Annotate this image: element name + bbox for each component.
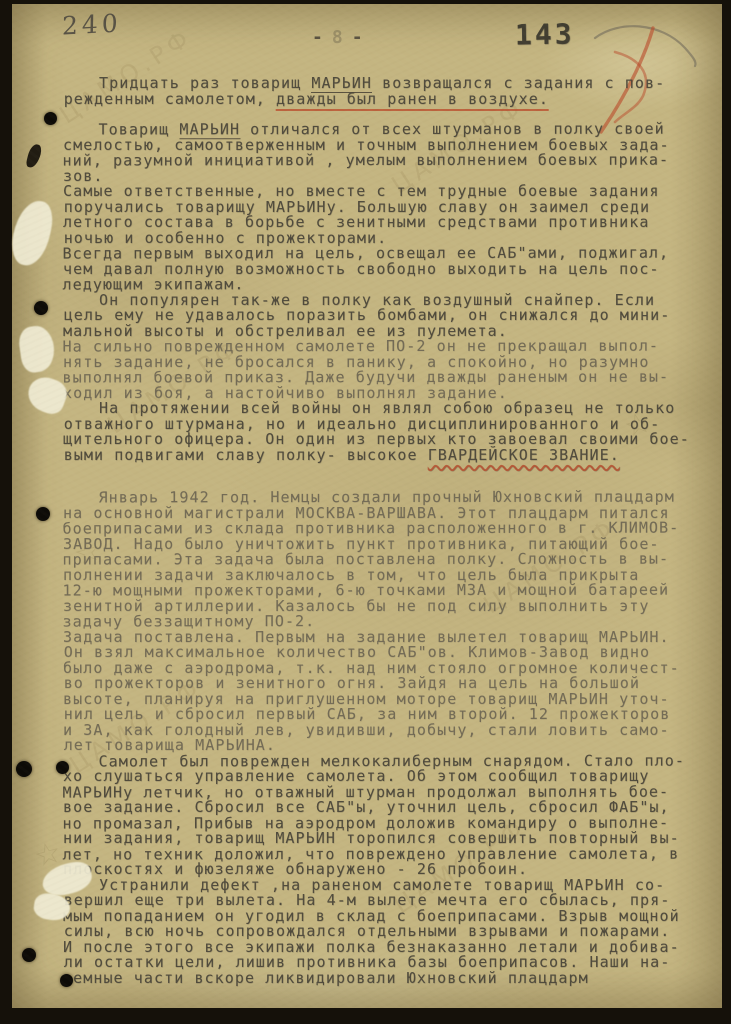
text-line: земные части вскоре ликвидировали Юхновс…	[63, 971, 715, 987]
text-line: лет, но техник доложил, что повреждено у…	[62, 846, 714, 862]
paragraph: На сильно поврежденном самолете ПО-2 он …	[63, 339, 715, 401]
text-line: На сильно поврежденном самолете ПО-2 он …	[62, 339, 714, 355]
paragraph: На протяжении всей войны он являл собою …	[63, 401, 715, 463]
text-line: ледующим экипажам.	[62, 277, 714, 293]
paper-sheet: ЦАМО.РФ ЦАМО.РФ ЦАМО.РФ ЦАМО.РФ ЦАМО.РФ …	[12, 4, 722, 1008]
punch-hole	[34, 301, 48, 315]
paragraph: Тридцать раз товарищ МАРЬИН возвращался …	[63, 76, 715, 107]
text-line: МАРЬИНу летчик, но отважный штурман прод…	[62, 784, 714, 800]
paragraph: Задача поставлена. Первым на задание выл…	[63, 630, 715, 754]
punch-hole	[16, 761, 32, 777]
paragraph: Самолет был поврежден мелкокалиберным сн…	[63, 754, 715, 878]
text-line: но промазал, Прибыв на аэродром доложив …	[62, 815, 714, 831]
punch-hole	[44, 112, 57, 125]
paragraph: Он популярен так-же в полку как воздушны…	[63, 293, 715, 340]
handwritten-page-number: 240	[62, 8, 122, 40]
ink-blot	[25, 143, 42, 169]
text-line: Январь 1942 год. Немцы создали прочный Ю…	[62, 490, 714, 506]
paper-tear-patch	[17, 324, 57, 374]
text-line: нил цель и сбросил первый САБ, за ним вт…	[64, 707, 716, 723]
paragraph: Самые ответственные, но вместе с тем тру…	[63, 184, 715, 246]
text-line: Он взял максимальное количество САБ"ов. …	[64, 645, 716, 661]
text-line: силы, всю ночь сопровождался отдельными …	[64, 924, 716, 940]
paragraph: Устранили дефект ,на раненом самолете то…	[63, 878, 715, 987]
text-line: Товарищ МАРЬИН отличался от всех штурман…	[62, 122, 714, 138]
text-line: цель ему не удавалось поразить бомбами, …	[64, 308, 716, 324]
paragraph: Всегда первым выходил на цель, освещал е…	[63, 246, 715, 293]
text-line: припасами. Эта задача была поставлена по…	[62, 552, 714, 568]
paragraph: Товарищ МАРЬИН отличался от всех штурман…	[63, 122, 715, 184]
text-line: боеприпасами из склада противника распол…	[62, 521, 714, 537]
text-line: задачу беззащитному ПО-2.	[62, 614, 714, 630]
text-line: выполнял боевой приказ. Даже будучи дваж…	[62, 370, 714, 386]
punch-hole	[22, 948, 36, 962]
document-body: Тридцать раз товарищ МАРЬИН возвращался …	[63, 76, 715, 986]
paragraph: Январь 1942 год. Немцы создали прочный Ю…	[63, 490, 715, 630]
text-line: ний, разумной инициативой , умелым выпол…	[62, 153, 714, 169]
paper-tear-patch	[8, 197, 57, 269]
sheet-number-header: -8-	[312, 27, 372, 48]
text-line: ли остатки цели, лишив противника базы б…	[64, 955, 716, 971]
text-line: вершил еще три вылета. На 4-м вылете меч…	[64, 893, 716, 909]
text-line: режденным самолетом, дважды был ранен в …	[64, 92, 716, 108]
text-line: Всегда первым выходил на цель, освещал е…	[62, 246, 714, 262]
punch-hole	[36, 507, 50, 521]
punch-hole	[56, 761, 69, 774]
text-line: поручались товарищу МАРЬИНу. Большую сла…	[64, 200, 716, 216]
text-line: Самолет был поврежден мелкокалиберным сн…	[62, 753, 714, 769]
text-line: выми подвигами славу полку- высокое ГВАР…	[64, 448, 716, 464]
faded-sheet-digit: 8	[332, 27, 352, 48]
text-line: 12-ю мощными прожекторами, 6-ю точками М…	[62, 583, 714, 599]
text-line: во прожекторов и зенитного огня. Зайдя н…	[64, 676, 716, 692]
scanned-document-page: ЦАМО.РФ ЦАМО.РФ ЦАМО.РФ ЦАМО.РФ ЦАМО.РФ …	[0, 0, 731, 1024]
punch-hole	[60, 974, 73, 987]
text-line: отважного штурмана, но и идеально дисцип…	[64, 417, 716, 433]
